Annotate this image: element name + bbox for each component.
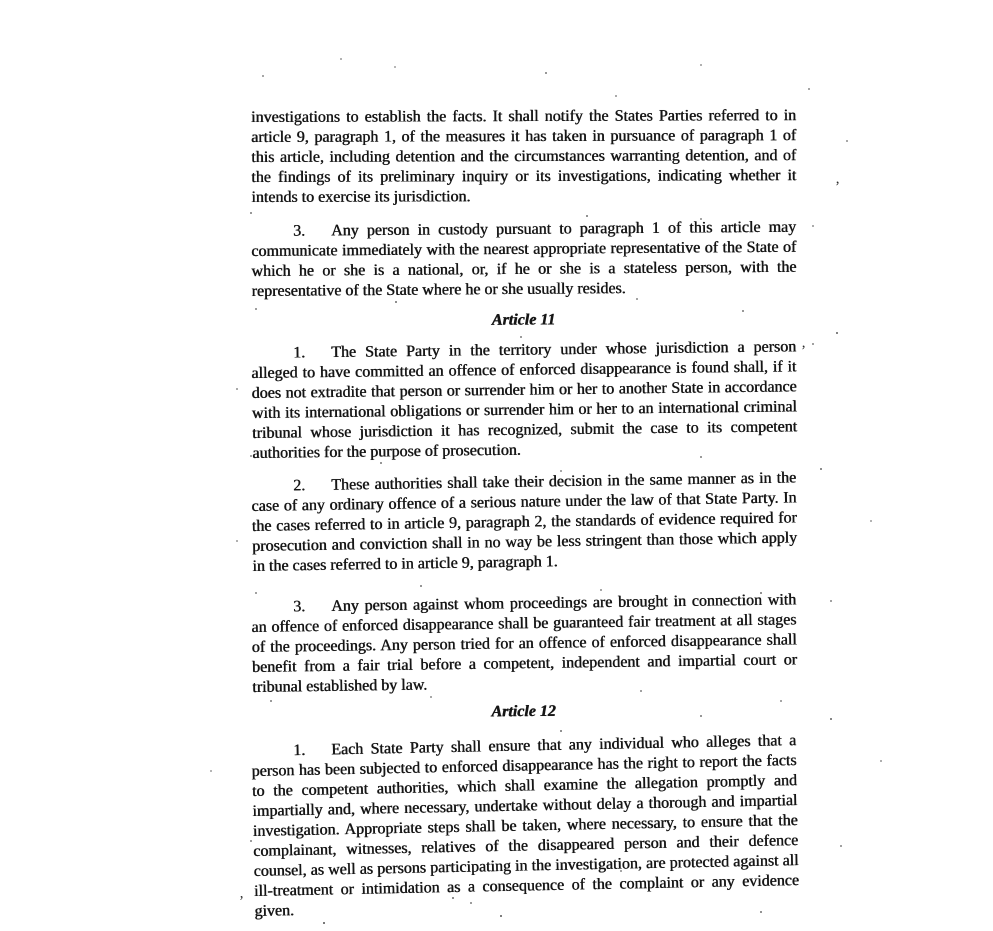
document-text-column: investigations to establish the facts. I… <box>251 0 796 931</box>
paragraph-text: Any person in custody pursuant to paragr… <box>251 219 796 300</box>
paragraph-text: The State Party in the territory under w… <box>251 338 797 462</box>
paragraph-article10-3: 3.Any person in custody pursuant to para… <box>251 218 797 302</box>
paragraph-article11-2: 2.These authorities shall take their dec… <box>251 468 798 577</box>
paragraph-article11-1: 1.The State Party in the territory under… <box>251 337 797 464</box>
paragraph-number: 2. <box>293 476 331 497</box>
paragraph-text: These authorities shall take their decis… <box>251 469 797 575</box>
paragraph-article11-3: 3.Any person against whom proceedings ar… <box>251 590 797 698</box>
paragraph-number: 1. <box>293 740 331 761</box>
paragraph-number: 3. <box>293 597 331 618</box>
paragraph-number: 3. <box>293 221 331 241</box>
article-11-heading: Article 11 <box>251 309 796 332</box>
article-12-heading: Article 12 <box>251 700 796 724</box>
scan-artifact-mark: ’ <box>835 180 840 195</box>
scan-noise-speckles <box>0 0 2 2</box>
scan-artifact-mark: ʼ <box>239 895 244 910</box>
paragraph-text: Any person against whom proceedings are … <box>251 591 797 696</box>
paragraph-article12-1: 1.Each State Party shall ensure that any… <box>251 731 800 922</box>
paragraph-continuation: investigations to establish the facts. I… <box>251 106 796 208</box>
scan-artifact-mark: ’ <box>801 344 806 359</box>
scanned-document-page: ’ ’ ʼ investigations to establish the fa… <box>0 0 993 931</box>
paragraph-number: 1. <box>293 343 331 363</box>
paragraph-text: Each State Party shall ensure that any i… <box>251 732 799 920</box>
